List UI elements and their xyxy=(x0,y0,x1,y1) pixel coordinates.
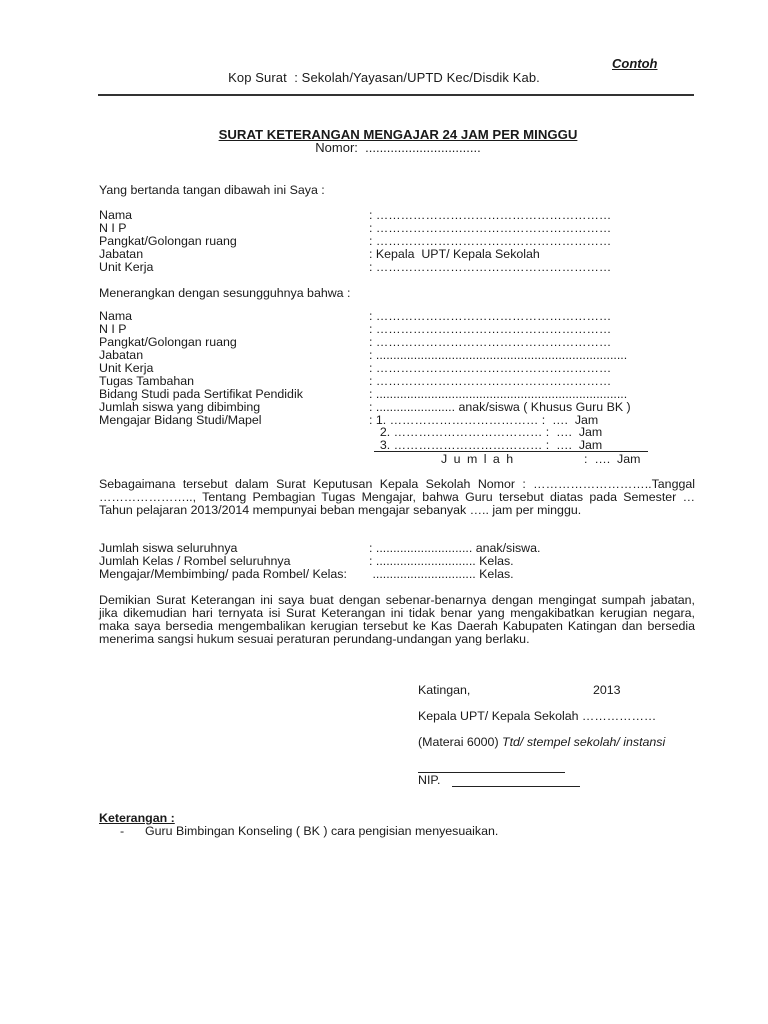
jumlah-value: : …. Jam xyxy=(584,453,640,466)
field-row: Mengajar/Membimbing/ pada Rombel/ Kelas:… xyxy=(99,568,699,581)
kop-surat: Kop Surat : Sekolah/Yayasan/UPTD Kec/Dis… xyxy=(0,71,768,84)
field-label: Mengajar Bidang Studi/Mapel xyxy=(99,414,262,427)
materai-text: (Materai 6000) xyxy=(418,735,502,749)
signature-materai: (Materai 6000) Ttd/ stempel sekolah/ ins… xyxy=(418,736,665,749)
paragraph-closing: Demikian Surat Keterangan ini saya buat … xyxy=(99,594,695,646)
contoh-label: Contoh xyxy=(612,57,657,70)
keterangan-item: -Guru Bimbingan Konseling ( BK ) cara pe… xyxy=(120,825,124,838)
signature-place: Katingan, xyxy=(418,684,470,697)
document-number: Nomor: ................................ xyxy=(0,141,768,154)
field-label: Mengajar/Membimbing/ pada Rombel/ Kelas: xyxy=(99,568,347,581)
signature-nip: NIP. xyxy=(418,774,444,787)
jumlah-label: J u m l a h xyxy=(441,453,515,466)
signature-position: Kepala UPT/ Kepala Sekolah ……………… xyxy=(418,710,656,723)
stamp-note: Ttd/ stempel sekolah/ instansi xyxy=(502,735,665,749)
paragraph-sk: Sebagaimana tersebut dalam Surat Keputus… xyxy=(99,478,695,517)
section1-intro: Yang bertanda tangan dibawah ini Saya : xyxy=(99,184,325,197)
header-divider xyxy=(98,94,694,96)
field-value[interactable]: : ………………………………………………… xyxy=(369,261,611,274)
bullet-dash: - xyxy=(120,824,124,838)
nip-line xyxy=(452,786,580,787)
field-row: Unit Kerja: ………………………………………………… xyxy=(99,261,699,274)
field-label: Unit Kerja xyxy=(99,261,153,274)
section2-intro: Menerangkan dengan sesungguhnya bahwa : xyxy=(99,287,350,300)
field-value[interactable]: .............................. Kelas. xyxy=(369,568,514,581)
signature-year: 2013 xyxy=(593,684,621,697)
keterangan-text: Guru Bimbingan Konseling ( BK ) cara pen… xyxy=(145,825,498,838)
